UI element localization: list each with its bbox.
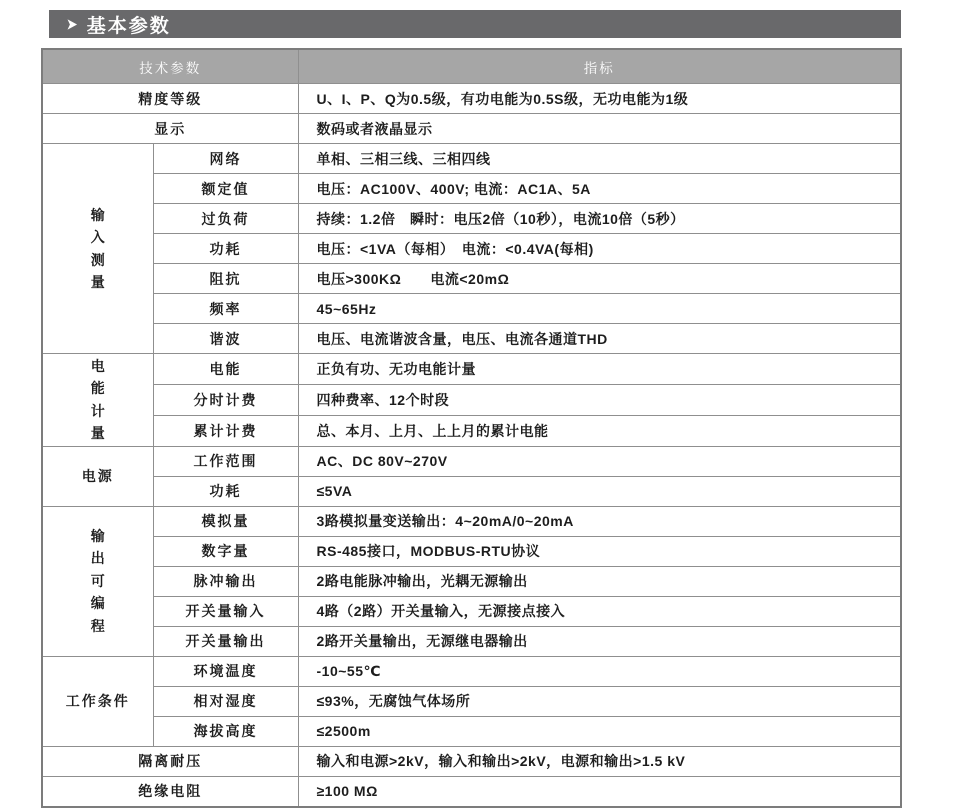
table-row: 功耗电压：<1VA（每相） 电流：<0.4VA(每相) xyxy=(42,234,901,264)
value-cell: ≤2500m xyxy=(298,716,901,746)
param-cell: 功耗 xyxy=(153,234,298,264)
category-cell: 工作条件 xyxy=(42,656,153,746)
value-cell: 2路开关量输出，无源继电器输出 xyxy=(298,626,901,656)
value-cell: ≤5VA xyxy=(298,476,901,506)
param-cell: 频率 xyxy=(153,294,298,324)
category-cell: 电源 xyxy=(42,446,153,506)
spec-table-body: 精度等级U、I、P、Q为0.5级，有功电能为0.5S级，无功电能为1级显示数码或… xyxy=(42,84,901,807)
value-cell: 45~65Hz xyxy=(298,294,901,324)
value-cell: U、I、P、Q为0.5级，有功电能为0.5S级，无功电能为1级 xyxy=(298,84,901,114)
param-cell: 脉冲输出 xyxy=(153,566,298,596)
table-row: 海拔高度≤2500m xyxy=(42,716,901,746)
value-cell: 正负有功、无功电能计量 xyxy=(298,354,901,385)
table-row: 分时计费四种费率、12个时段 xyxy=(42,384,901,415)
value-cell: 总、本月、上月、上上月的累计电能 xyxy=(298,415,901,446)
header-cell-params: 技术参数 xyxy=(42,49,298,84)
table-row: 精度等级U、I、P、Q为0.5级，有功电能为0.5S级，无功电能为1级 xyxy=(42,84,901,114)
param-cell: 数字量 xyxy=(153,536,298,566)
table-row: 相对湿度≤93%，无腐蚀气体场所 xyxy=(42,686,901,716)
param-cell: 开关量输出 xyxy=(153,626,298,656)
value-cell: RS-485接口，MODBUS-RTU协议 xyxy=(298,536,901,566)
table-row: 功耗≤5VA xyxy=(42,476,901,506)
value-cell: ≥100 MΩ xyxy=(298,776,901,807)
param-cell: 开关量输入 xyxy=(153,596,298,626)
table-header-row: 技术参数 指标 xyxy=(42,49,901,84)
param-cell: 显示 xyxy=(42,114,298,144)
category-cell: 电能计量 xyxy=(42,354,153,447)
value-cell: 输入和电源>2kV，输入和输出>2kV，电源和输出>1.5 kV xyxy=(298,746,901,776)
table-row: 额定值电压：AC100V、400V; 电流：AC1A、5A xyxy=(42,174,901,204)
param-cell: 阻抗 xyxy=(153,264,298,294)
category-cell: 输出可编程 xyxy=(42,506,153,656)
table-row: 工作条件环境温度-10~55℃ xyxy=(42,656,901,686)
value-cell: -10~55℃ xyxy=(298,656,901,686)
section-title-bar: ➤ 基本参数 xyxy=(49,10,901,38)
param-cell: 环境温度 xyxy=(153,656,298,686)
value-cell: 持续：1.2倍 瞬时：电压2倍（10秒），电流10倍（5秒） xyxy=(298,204,901,234)
value-cell: 电压>300KΩ 电流<20mΩ xyxy=(298,264,901,294)
category-label: 输出可编程 xyxy=(90,525,106,637)
value-cell: 单相、三相三线、三相四线 xyxy=(298,144,901,174)
table-row: 输出可编程模拟量3路模拟量变送输出：4~20mA/0~20mA xyxy=(42,506,901,536)
spec-table: 技术参数 指标 精度等级U、I、P、Q为0.5级，有功电能为0.5S级，无功电能… xyxy=(41,48,902,808)
param-cell: 相对湿度 xyxy=(153,686,298,716)
table-row: 电能计量电能正负有功、无功电能计量 xyxy=(42,354,901,385)
param-cell: 网络 xyxy=(153,144,298,174)
value-cell: 电压：AC100V、400V; 电流：AC1A、5A xyxy=(298,174,901,204)
param-cell: 精度等级 xyxy=(42,84,298,114)
page-title: 基本参数 xyxy=(87,11,171,38)
table-row: 谐波电压、电流谐波含量，电压、电流各通道THD xyxy=(42,324,901,354)
table-row: 隔离耐压输入和电源>2kV，输入和输出>2kV，电源和输出>1.5 kV xyxy=(42,746,901,776)
param-cell: 绝缘电阻 xyxy=(42,776,298,807)
table-row: 过负荷持续：1.2倍 瞬时：电压2倍（10秒），电流10倍（5秒） xyxy=(42,204,901,234)
table-row: 电源工作范围AC、DC 80V~270V xyxy=(42,446,901,476)
table-row: 脉冲输出2路电能脉冲输出，光耦无源输出 xyxy=(42,566,901,596)
param-cell: 工作范围 xyxy=(153,446,298,476)
value-cell: 3路模拟量变送输出：4~20mA/0~20mA xyxy=(298,506,901,536)
header-cell-value: 指标 xyxy=(298,49,901,84)
category-label: 输入测量 xyxy=(90,204,106,294)
table-row: 输入测量网络单相、三相三线、三相四线 xyxy=(42,144,901,174)
table-row: 数字量RS-485接口，MODBUS-RTU协议 xyxy=(42,536,901,566)
param-cell: 过负荷 xyxy=(153,204,298,234)
param-cell: 海拔高度 xyxy=(153,716,298,746)
param-cell: 额定值 xyxy=(153,174,298,204)
table-row: 累计计费总、本月、上月、上上月的累计电能 xyxy=(42,415,901,446)
value-cell: 4路（2路）开关量输入，无源接点接入 xyxy=(298,596,901,626)
table-row: 阻抗电压>300KΩ 电流<20mΩ xyxy=(42,264,901,294)
param-cell: 累计计费 xyxy=(153,415,298,446)
value-cell: 数码或者液晶显示 xyxy=(298,114,901,144)
table-row: 频率45~65Hz xyxy=(42,294,901,324)
value-cell: 四种费率、12个时段 xyxy=(298,384,901,415)
param-cell: 谐波 xyxy=(153,324,298,354)
param-cell: 电能 xyxy=(153,354,298,385)
category-cell: 输入测量 xyxy=(42,144,153,354)
value-cell: 电压：<1VA（每相） 电流：<0.4VA(每相) xyxy=(298,234,901,264)
param-cell: 分时计费 xyxy=(153,384,298,415)
param-cell: 模拟量 xyxy=(153,506,298,536)
table-row: 显示数码或者液晶显示 xyxy=(42,114,901,144)
category-label: 电能计量 xyxy=(90,355,106,445)
value-cell: ≤93%，无腐蚀气体场所 xyxy=(298,686,901,716)
arrow-right-icon: ➤ xyxy=(66,16,78,32)
param-cell: 隔离耐压 xyxy=(42,746,298,776)
table-row: 开关量输出2路开关量输出，无源继电器输出 xyxy=(42,626,901,656)
table-row: 开关量输入4路（2路）开关量输入，无源接点接入 xyxy=(42,596,901,626)
param-cell: 功耗 xyxy=(153,476,298,506)
value-cell: 2路电能脉冲输出，光耦无源输出 xyxy=(298,566,901,596)
value-cell: AC、DC 80V~270V xyxy=(298,446,901,476)
value-cell: 电压、电流谐波含量，电压、电流各通道THD xyxy=(298,324,901,354)
table-row: 绝缘电阻≥100 MΩ xyxy=(42,776,901,807)
